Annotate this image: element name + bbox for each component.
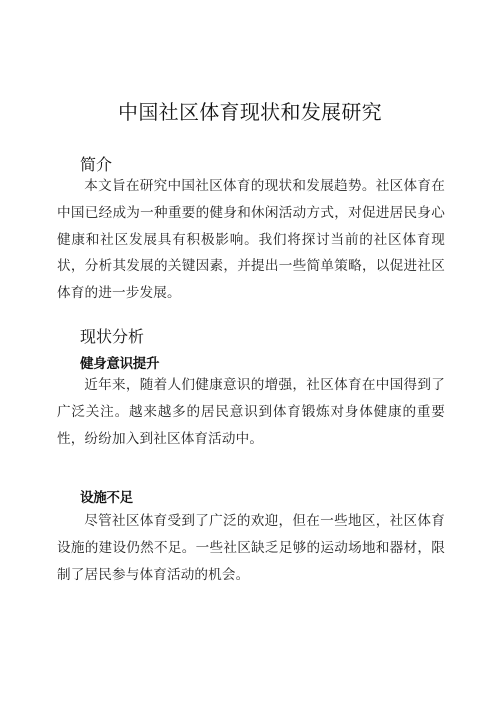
- subsection-heading-insufficient-facilities: 设施不足: [80, 486, 133, 506]
- fitness-awareness-paragraph: 近年来，随着人们健康意识的增强，社区体育在中国得到了广泛关注。越来越多的居民意识…: [57, 372, 445, 452]
- subsection-heading-fitness-awareness: 健身意识提升: [80, 352, 159, 372]
- section-heading-status-analysis: 现状分析: [80, 324, 144, 347]
- document-page: 中国社区体育现状和发展研究 简介 本文旨在研究中国社区体育的现状和发展趋势。社区…: [0, 0, 500, 707]
- insufficient-facilities-paragraph: 尽管社区体育受到了广泛的欢迎，但在一些地区，社区体育设施的建设仍然不足。一些社区…: [57, 508, 445, 588]
- intro-paragraph: 本文旨在研究中国社区体育的现状和发展趋势。社区体育在中国已经成为一种重要的健身和…: [57, 173, 445, 307]
- document-title: 中国社区体育现状和发展研究: [0, 96, 500, 125]
- section-heading-intro: 简介: [80, 152, 112, 175]
